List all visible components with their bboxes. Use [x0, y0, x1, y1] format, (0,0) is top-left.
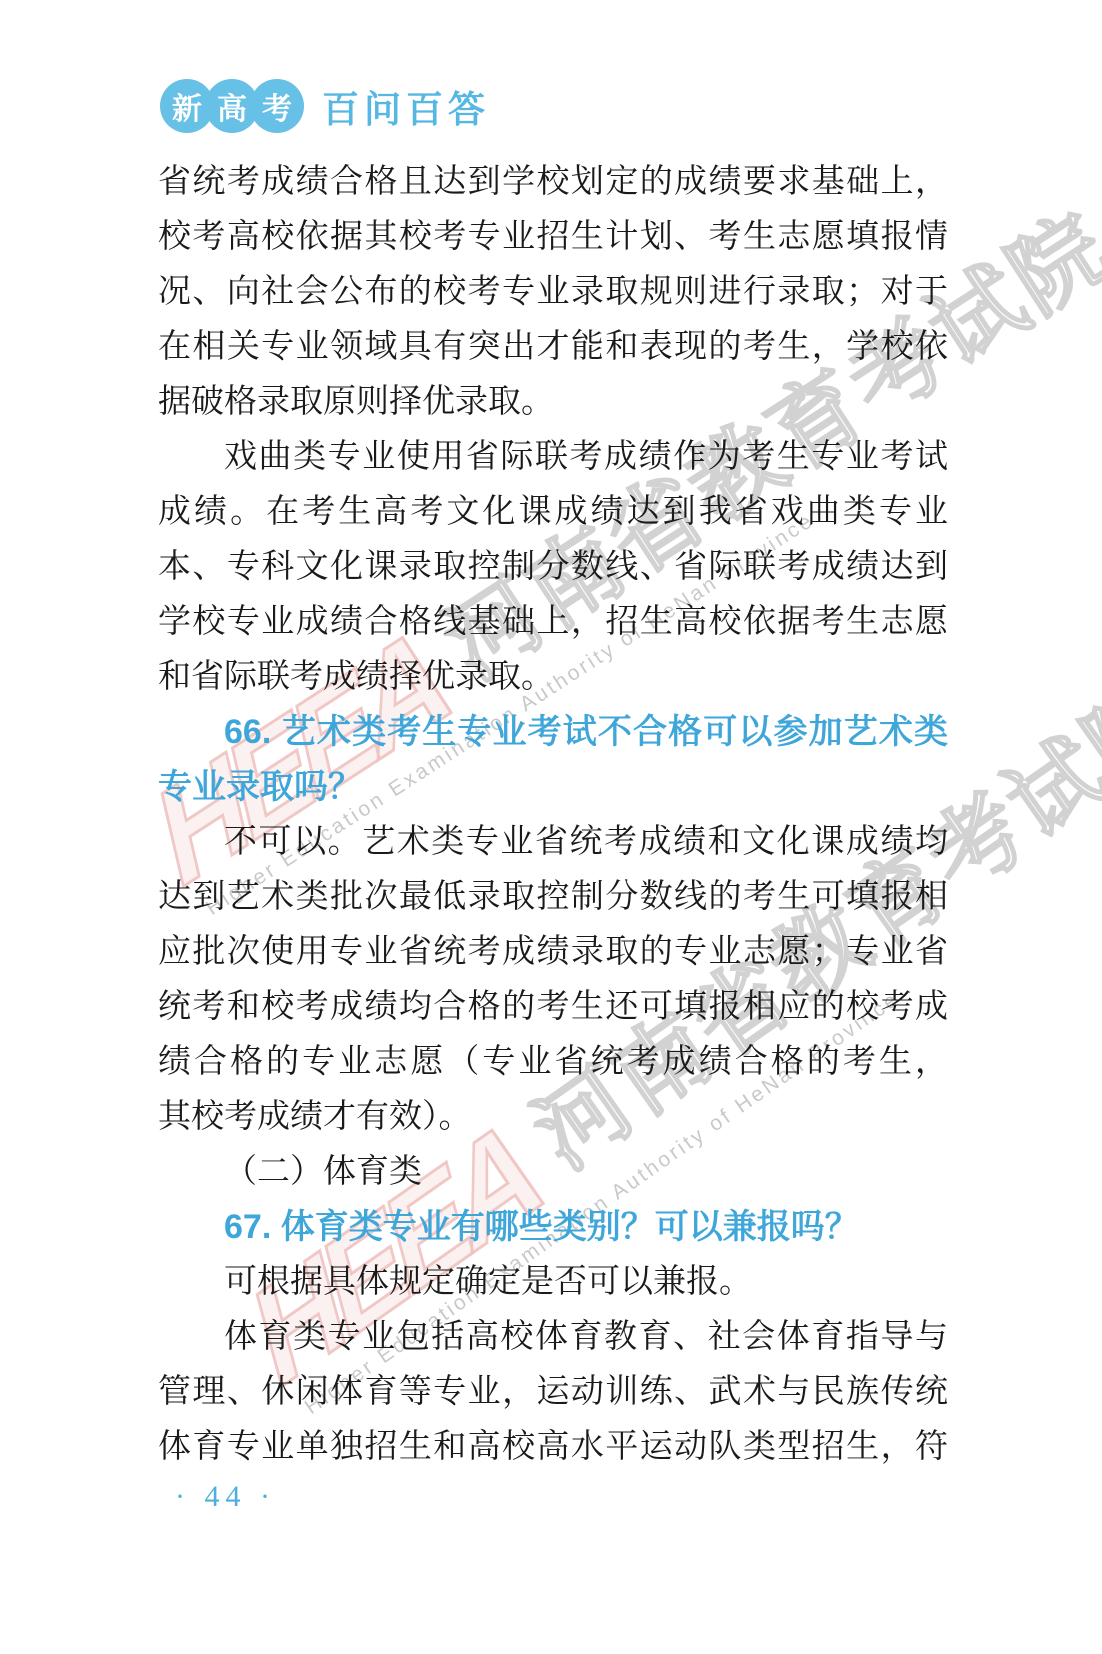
- body-text-line: 不可以。艺术类专业省统考成绩和文化课成绩均: [158, 815, 948, 870]
- body-text-line: 学校专业成绩合格线基础上，招生高校依据考生志愿: [158, 595, 948, 650]
- page-number: · 44 ·: [175, 1480, 276, 1514]
- body-text-line: 绩合格的专业志愿（专业省统考成绩合格的考生，: [158, 1035, 948, 1090]
- book-series-title: 百问百答: [322, 79, 490, 133]
- body-text-line: 统考和校考成绩均合格的考生还可填报相应的校考成: [158, 980, 948, 1035]
- body-text-line: 在相关专业领域具有突出才能和表现的考生，学校依: [158, 320, 948, 375]
- body-text-line: （二）体育类: [158, 1145, 948, 1200]
- body-text-line: 戏曲类专业使用省际联考成绩作为考生专业考试: [158, 430, 948, 485]
- body-text-line: 成绩。在考生高考文化课成绩达到我省戏曲类专业: [158, 485, 948, 540]
- question-heading: 66. 艺术类考生专业考试不合格可以参加艺术类: [158, 705, 948, 760]
- body-text-line: 况、向社会公布的校考专业录取规则进行录取；对于: [158, 265, 948, 320]
- body-text-line: 据破格录取原则择优录取。: [158, 375, 948, 430]
- body-text-line: 和省际联考成绩择优录取。: [158, 650, 948, 705]
- body-text-line: 达到艺术类批次最低录取控制分数线的考生可填报相: [158, 870, 948, 925]
- body-text-line: 其校考成绩才有效）。: [158, 1090, 948, 1145]
- body-text-line: 应批次使用专业省统考成绩录取的专业志愿；专业省: [158, 925, 948, 980]
- body-text-line: 体育专业单独招生和高校高水平运动队类型招生，符: [158, 1420, 948, 1475]
- book-page: HEEA 河南省教育考试院 Higher Education Examinati…: [0, 0, 1102, 1654]
- page-body-text: 省统考成绩合格且达到学校划定的成绩要求基础上，校考高校依据其校考专业招生计划、考…: [158, 155, 948, 1475]
- body-text-line: 管理、休闲体育等专业，运动训练、武术与民族传统: [158, 1365, 948, 1420]
- series-logo: 新 高 考: [160, 79, 304, 133]
- logo-circle-char: 考: [250, 79, 304, 133]
- body-text-line: 体育类专业包括高校体育教育、社会体育指导与: [158, 1310, 948, 1365]
- body-text-line: 省统考成绩合格且达到学校划定的成绩要求基础上，: [158, 155, 948, 210]
- question-heading: 67. 体育类专业有哪些类别？可以兼报吗？: [158, 1200, 948, 1255]
- body-text-line: 校考高校依据其校考专业招生计划、考生志愿填报情: [158, 210, 948, 265]
- page-header: 新 高 考 百问百答: [160, 76, 490, 136]
- question-heading: 专业录取吗？: [158, 760, 948, 815]
- body-text-line: 本、专科文化课录取控制分数线、省际联考成绩达到: [158, 540, 948, 595]
- body-text-line: 可根据具体规定确定是否可以兼报。: [158, 1255, 948, 1310]
